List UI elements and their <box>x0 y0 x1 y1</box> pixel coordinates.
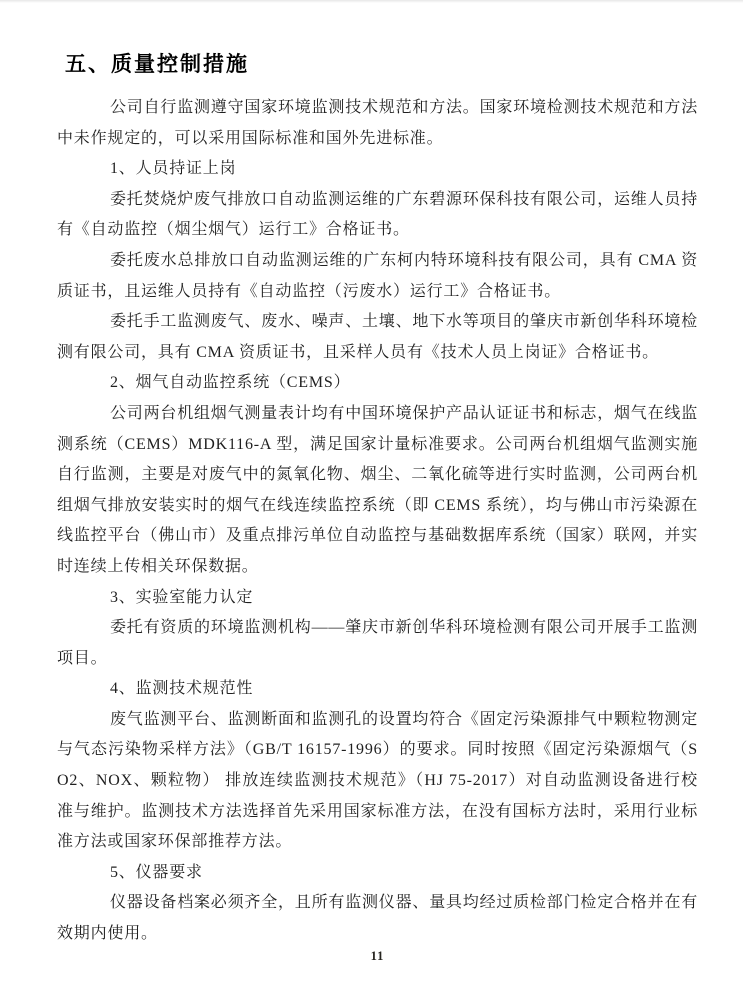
document-body: 公司自行监测遵守国家环境监测技术规范和方法。国家环境检测技术规范和方法中未作规定… <box>57 93 698 950</box>
document-page: 五、质量控制措施 公司自行监测遵守国家环境监测技术规范和方法。国家环境检测技术规… <box>0 0 743 1008</box>
page-title: 五、质量控制措施 <box>65 48 698 81</box>
paragraph: 废气监测平台、监测断面和监测孔的设置均符合《固定污染源排气中颗粒物测定与气态污染… <box>57 705 698 858</box>
document-content: 五、质量控制措施 公司自行监测遵守国家环境监测技术规范和方法。国家环境检测技术规… <box>57 48 698 950</box>
section-heading: 3、实验室能力认定 <box>57 583 698 614</box>
paragraph: 仪器设备档案必须齐全，且所有监测仪器、量具均经过质检部门检定合格并在有效期内使用… <box>57 888 698 949</box>
paragraph: 委托有资质的环境监测机构——肇庆市新创华科环境检测有限公司开展手工监测项目。 <box>57 613 698 674</box>
section-heading: 5、仪器要求 <box>57 858 698 889</box>
section-heading: 1、人员持证上岗 <box>57 154 698 185</box>
page-number: 11 <box>57 949 698 964</box>
section-heading: 4、监测技术规范性 <box>57 674 698 705</box>
paragraph: 公司两台机组烟气测量表计均有中国环境保护产品认证证书和标志，烟气在线监测系统（C… <box>57 399 698 583</box>
section-heading: 2、烟气自动监控系统（CEMS） <box>57 368 698 399</box>
scan-edge <box>0 0 743 3</box>
paragraph: 委托废水总排放口自动监测运维的广东柯内特环境科技有限公司，具有 CMA 资质证书… <box>57 246 698 307</box>
paragraph: 委托手工监测废气、废水、噪声、土壤、地下水等项目的肇庆市新创华科环境检测有限公司… <box>57 307 698 368</box>
paragraph: 委托焚烧炉废气排放口自动监测运维的广东碧源环保科技有限公司，运维人员持有《自动监… <box>57 185 698 246</box>
paragraph: 公司自行监测遵守国家环境监测技术规范和方法。国家环境检测技术规范和方法中未作规定… <box>57 93 698 154</box>
